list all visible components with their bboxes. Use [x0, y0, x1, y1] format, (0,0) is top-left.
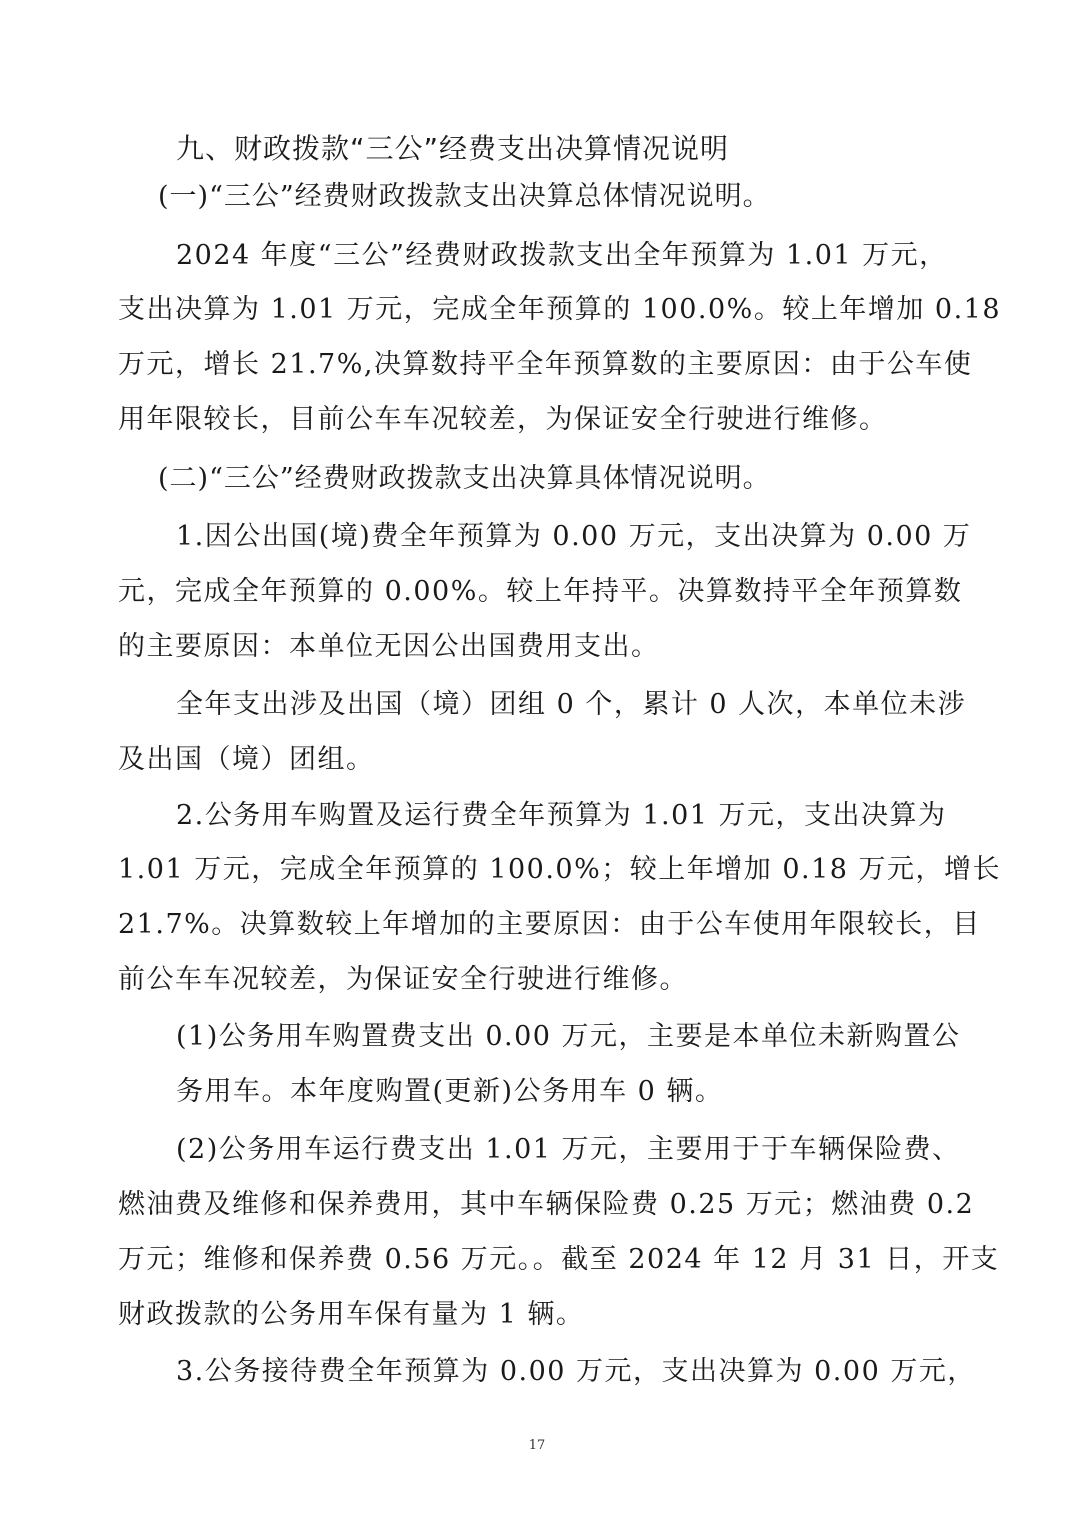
- paragraph-line: 1.01 万元，完成全年预算的 100.0%；较上年增加 0.18 万元，增长: [118, 853, 1001, 887]
- page-number: 17: [0, 1438, 1074, 1453]
- paragraph-line: 支出决算为 1.01 万元，完成全年预算的 100.0%。较上年增加 0.18: [118, 293, 1001, 327]
- paragraph-line: 2.公务用车购置及运行费全年预算为 1.01 万元，支出决算为: [176, 799, 947, 833]
- paragraph-line: 2024 年度“三公”经费财政拨款支出全年预算为 1.01 万元，: [176, 239, 948, 273]
- paragraph-line: 全年支出涉及出国（境）团组 0 个，累计 0 人次，本单位未涉: [176, 688, 966, 722]
- paragraph-line: 财政拨款的公务用车保有量为 1 辆。: [118, 1298, 584, 1332]
- paragraph-line: 前公车车况较差，为保证安全行驶进行维修。: [118, 963, 688, 997]
- paragraph-line: 的主要原因：本单位无因公出国费用支出。: [118, 630, 660, 664]
- paragraph-line: 3.公务接待费全年预算为 0.00 万元，支出决算为 0.00 万元，: [176, 1355, 976, 1389]
- paragraph-line: 21.7%。决算数较上年增加的主要原因：由于公车使用年限较长，目: [118, 908, 981, 942]
- subheading-detail: (二)“三公”经费财政拨款支出决算具体情况说明。: [158, 462, 771, 496]
- paragraph-line: 元，完成全年预算的 0.00%。较上年持平。决算数持平全年预算数: [118, 575, 962, 609]
- paragraph-line: 万元；维修和保养费 0.56 万元。。截至 2024 年 12 月 31 日，开…: [118, 1243, 999, 1277]
- paragraph-line: 1.因公出国(境)费全年预算为 0.00 万元，支出决算为 0.00 万: [176, 520, 971, 554]
- section-heading: 九、财政拨款“三公”经费支出决算情况说明: [176, 132, 729, 166]
- subheading-overall: (一)“三公”经费财政拨款支出决算总体情况说明。: [158, 180, 771, 214]
- paragraph-line: 万元，增长 21.7%,决算数持平全年预算数的主要原因：由于公车使: [118, 348, 972, 382]
- paragraph-line: 及出国（境）团组。: [118, 743, 375, 777]
- paragraph-line: 务用车。本年度购置(更新)公务用车 0 辆。: [176, 1075, 723, 1109]
- paragraph-line: 用年限较长，目前公车车况较差，为保证安全行驶进行维修。: [118, 403, 888, 437]
- paragraph-line: 燃油费及维修和保养费用，其中车辆保险费 0.25 万元；燃油费 0.2: [118, 1188, 974, 1222]
- paragraph-line: (1)公务用车购置费支出 0.00 万元，主要是本单位未新购置公: [176, 1020, 961, 1054]
- paragraph-line: (2)公务用车运行费支出 1.01 万元，主要用于于车辆保险费、: [176, 1133, 961, 1167]
- document-page: 九、财政拨款“三公”经费支出决算情况说明 (一)“三公”经费财政拨款支出决算总体…: [0, 0, 1074, 1520]
